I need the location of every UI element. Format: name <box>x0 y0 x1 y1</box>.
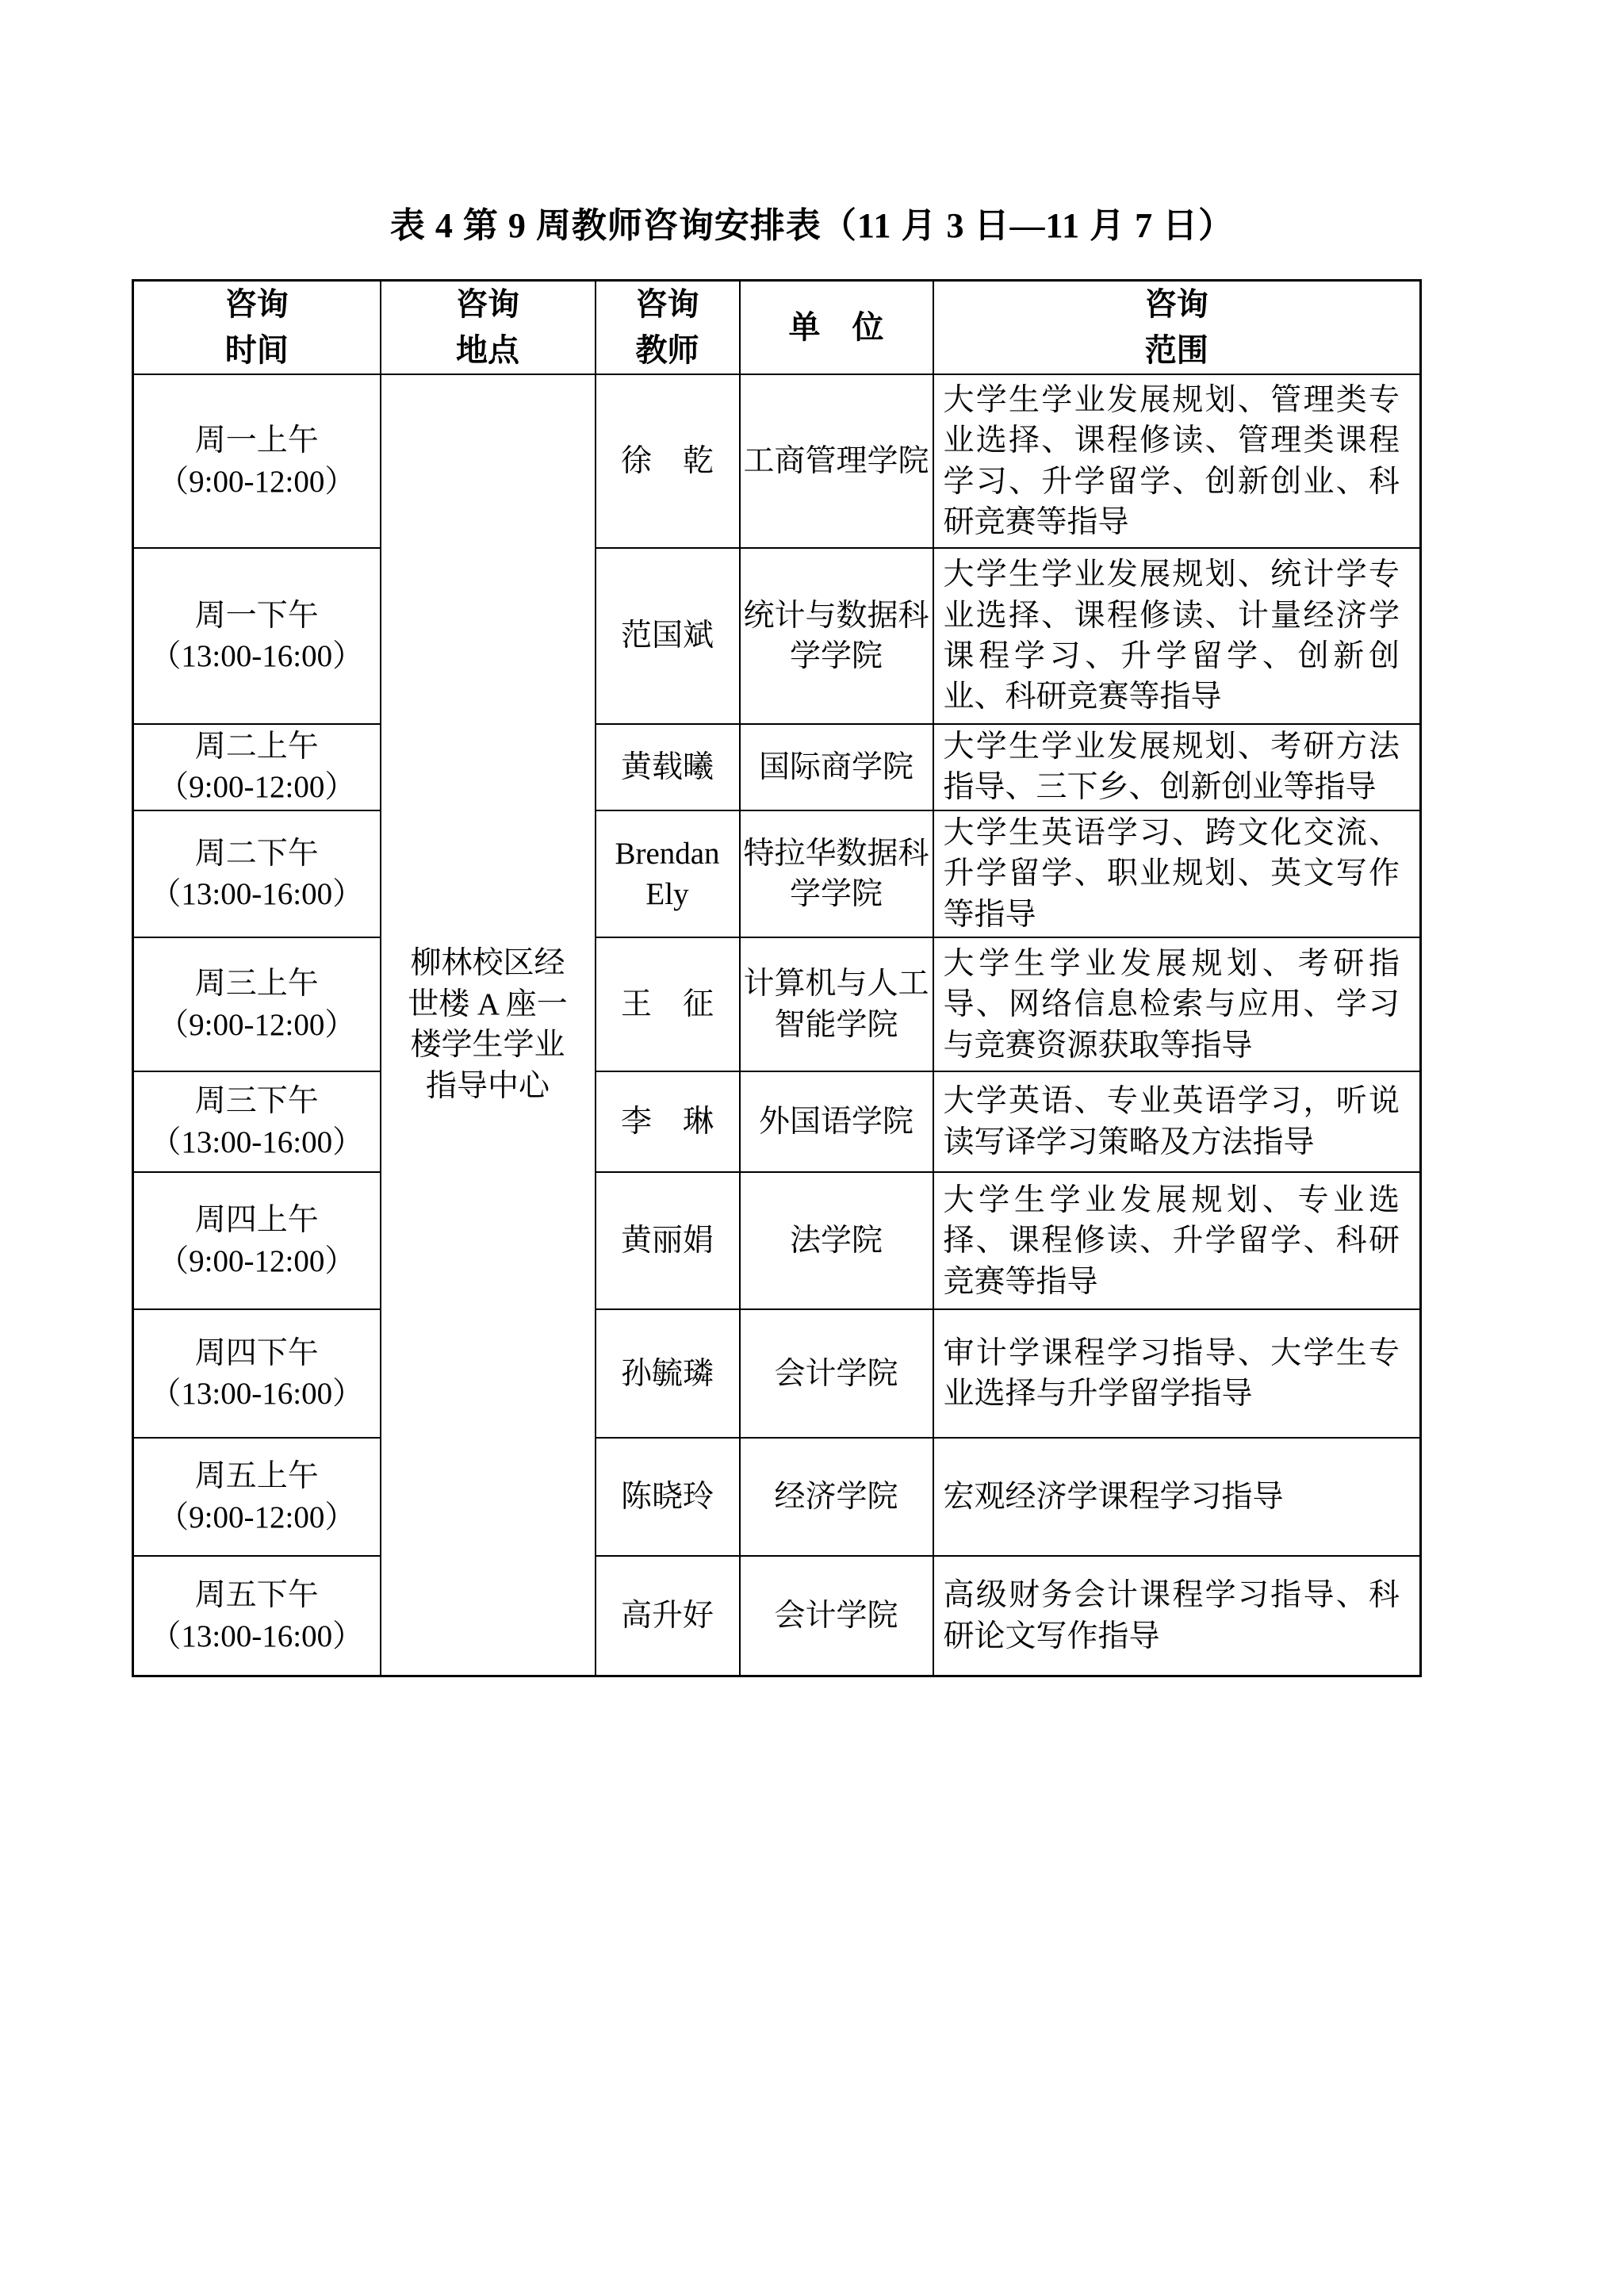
consult-time-cell: 周一下午 （13:00-16:00） <box>133 548 381 724</box>
table-row: 周五上午 （9:00-12:00） 陈晓玲 经济学院 宏观经济学课程学习指导 <box>133 1438 1421 1556</box>
consult-teacher-cell: 黄丽娟 <box>596 1172 740 1309</box>
consult-teacher-cell: 陈晓玲 <box>596 1438 740 1556</box>
consult-teacher-cell: 范国斌 <box>596 548 740 724</box>
consult-teacher-cell: 孙毓璘 <box>596 1309 740 1438</box>
consult-scope-cell: 大学生学业发展规划、管理类专业选择、课程修读、管理类课程学习、升学留学、创新创业… <box>933 374 1421 548</box>
table-header: 咨询 时间 咨询 地点 咨询 教师 单 位 咨询 范围 <box>133 281 1421 375</box>
consult-time-cell: 周四上午 （9:00-12:00） <box>133 1172 381 1309</box>
consult-scope-cell: 大学英语、专业英语学习，听说读写译学习策略及方法指导 <box>933 1071 1421 1172</box>
header-consult-scope: 咨询 范围 <box>933 281 1421 375</box>
table-row: 周三上午 （9:00-12:00） 王 征 计算机与人工智能学院 大学生学业发展… <box>133 937 1421 1071</box>
table-row: 周一上午 （9:00-12:00） 柳林校区经世楼 A 座一楼学生学业指导中心徐… <box>133 374 1421 548</box>
consult-time-cell: 周三下午 （13:00-16:00） <box>133 1071 381 1172</box>
document-page: 表 4 第 9 周教师咨询安排表（11 月 3 日—11 月 7 日） 咨询 时… <box>0 0 1624 2295</box>
table-row: 周二下午 （13:00-16:00） Brendan Ely 特拉华数据科学学院… <box>133 810 1421 937</box>
header-consult-time: 咨询 时间 <box>133 281 381 375</box>
consult-time-cell: 周一上午 （9:00-12:00） <box>133 374 381 548</box>
header-consult-location: 咨询 地点 <box>381 281 596 375</box>
table-row: 周三下午 （13:00-16:00） 李 琳 外国语学院 大学英语、专业英语学习… <box>133 1071 1421 1172</box>
header-unit: 单 位 <box>740 281 933 375</box>
consult-time-cell: 周五上午 （9:00-12:00） <box>133 1438 381 1556</box>
consult-teacher-cell: 高升好 <box>596 1556 740 1676</box>
unit-cell: 计算机与人工智能学院 <box>740 937 933 1071</box>
unit-cell: 国际商学院 <box>740 724 933 810</box>
unit-cell: 工商管理学院 <box>740 374 933 548</box>
consult-teacher-cell: 徐 乾 <box>596 374 740 548</box>
consult-time-cell: 周三上午 （9:00-12:00） <box>133 937 381 1071</box>
consult-time-cell: 周二上午 （9:00-12:00） <box>133 724 381 810</box>
consult-time-cell: 周四下午 （13:00-16:00） <box>133 1309 381 1438</box>
unit-cell: 经济学院 <box>740 1438 933 1556</box>
schedule-table-body: 周一上午 （9:00-12:00） 柳林校区经世楼 A 座一楼学生学业指导中心徐… <box>133 374 1421 1676</box>
consult-scope-cell: 大学生学业发展规划、统计学专业选择、课程修读、计量经济学课程学习、升学留学、创新… <box>933 548 1421 724</box>
consultation-schedule-table: 咨询 时间 咨询 地点 咨询 教师 单 位 咨询 范围 周一上午 （9:00-1… <box>132 279 1422 1677</box>
unit-cell: 法学院 <box>740 1172 933 1309</box>
table-row: 周五下午 （13:00-16:00） 高升好 会计学院 高级财务会计课程学习指导… <box>133 1556 1421 1676</box>
header-row: 咨询 时间 咨询 地点 咨询 教师 单 位 咨询 范围 <box>133 281 1421 375</box>
unit-cell: 会计学院 <box>740 1556 933 1676</box>
consult-teacher-cell: Brendan Ely <box>596 810 740 937</box>
table-row: 周一下午 （13:00-16:00） 范国斌 统计与数据科学学院 大学生学业发展… <box>133 548 1421 724</box>
consult-scope-cell: 大学生学业发展规划、考研指导、网络信息检索与应用、学习与竞赛资源获取等指导 <box>933 937 1421 1071</box>
consult-time-cell: 周五下午 （13:00-16:00） <box>133 1556 381 1676</box>
consult-teacher-cell: 李 琳 <box>596 1071 740 1172</box>
unit-cell: 会计学院 <box>740 1309 933 1438</box>
table-row: 周四下午 （13:00-16:00） 孙毓璘 会计学院 审计学课程学习指导、大学… <box>133 1309 1421 1438</box>
table-row: 周四上午 （9:00-12:00） 黄丽娟 法学院 大学生学业发展规划、专业选择… <box>133 1172 1421 1309</box>
unit-cell: 特拉华数据科学学院 <box>740 810 933 937</box>
consult-teacher-cell: 王 征 <box>596 937 740 1071</box>
consult-scope-cell: 大学生学业发展规划、考研方法指导、三下乡、创新创业等指导 <box>933 724 1421 810</box>
consult-scope-cell: 高级财务会计课程学习指导、科研论文写作指导 <box>933 1556 1421 1676</box>
consult-scope-cell: 宏观经济学课程学习指导 <box>933 1438 1421 1556</box>
consult-scope-cell: 大学生英语学习、跨文化交流、升学留学、职业规划、英文写作等指导 <box>933 810 1421 937</box>
unit-cell: 外国语学院 <box>740 1071 933 1172</box>
consult-teacher-cell: 黄载曦 <box>596 724 740 810</box>
consult-time-cell: 周二下午 （13:00-16:00） <box>133 810 381 937</box>
unit-cell: 统计与数据科学学院 <box>740 548 933 724</box>
consult-scope-cell: 审计学课程学习指导、大学生专业选择与升学留学指导 <box>933 1309 1421 1438</box>
consult-scope-cell: 大学生学业发展规划、专业选择、课程修读、升学留学、科研竞赛等指导 <box>933 1172 1421 1309</box>
table-row: 周二上午 （9:00-12:00） 黄载曦 国际商学院 大学生学业发展规划、考研… <box>133 724 1421 810</box>
header-consult-teacher: 咨询 教师 <box>596 281 740 375</box>
page-title: 表 4 第 9 周教师咨询安排表（11 月 3 日—11 月 7 日） <box>0 197 1624 247</box>
consult-location-cell: 柳林校区经世楼 A 座一楼学生学业指导中心 <box>381 374 596 1676</box>
